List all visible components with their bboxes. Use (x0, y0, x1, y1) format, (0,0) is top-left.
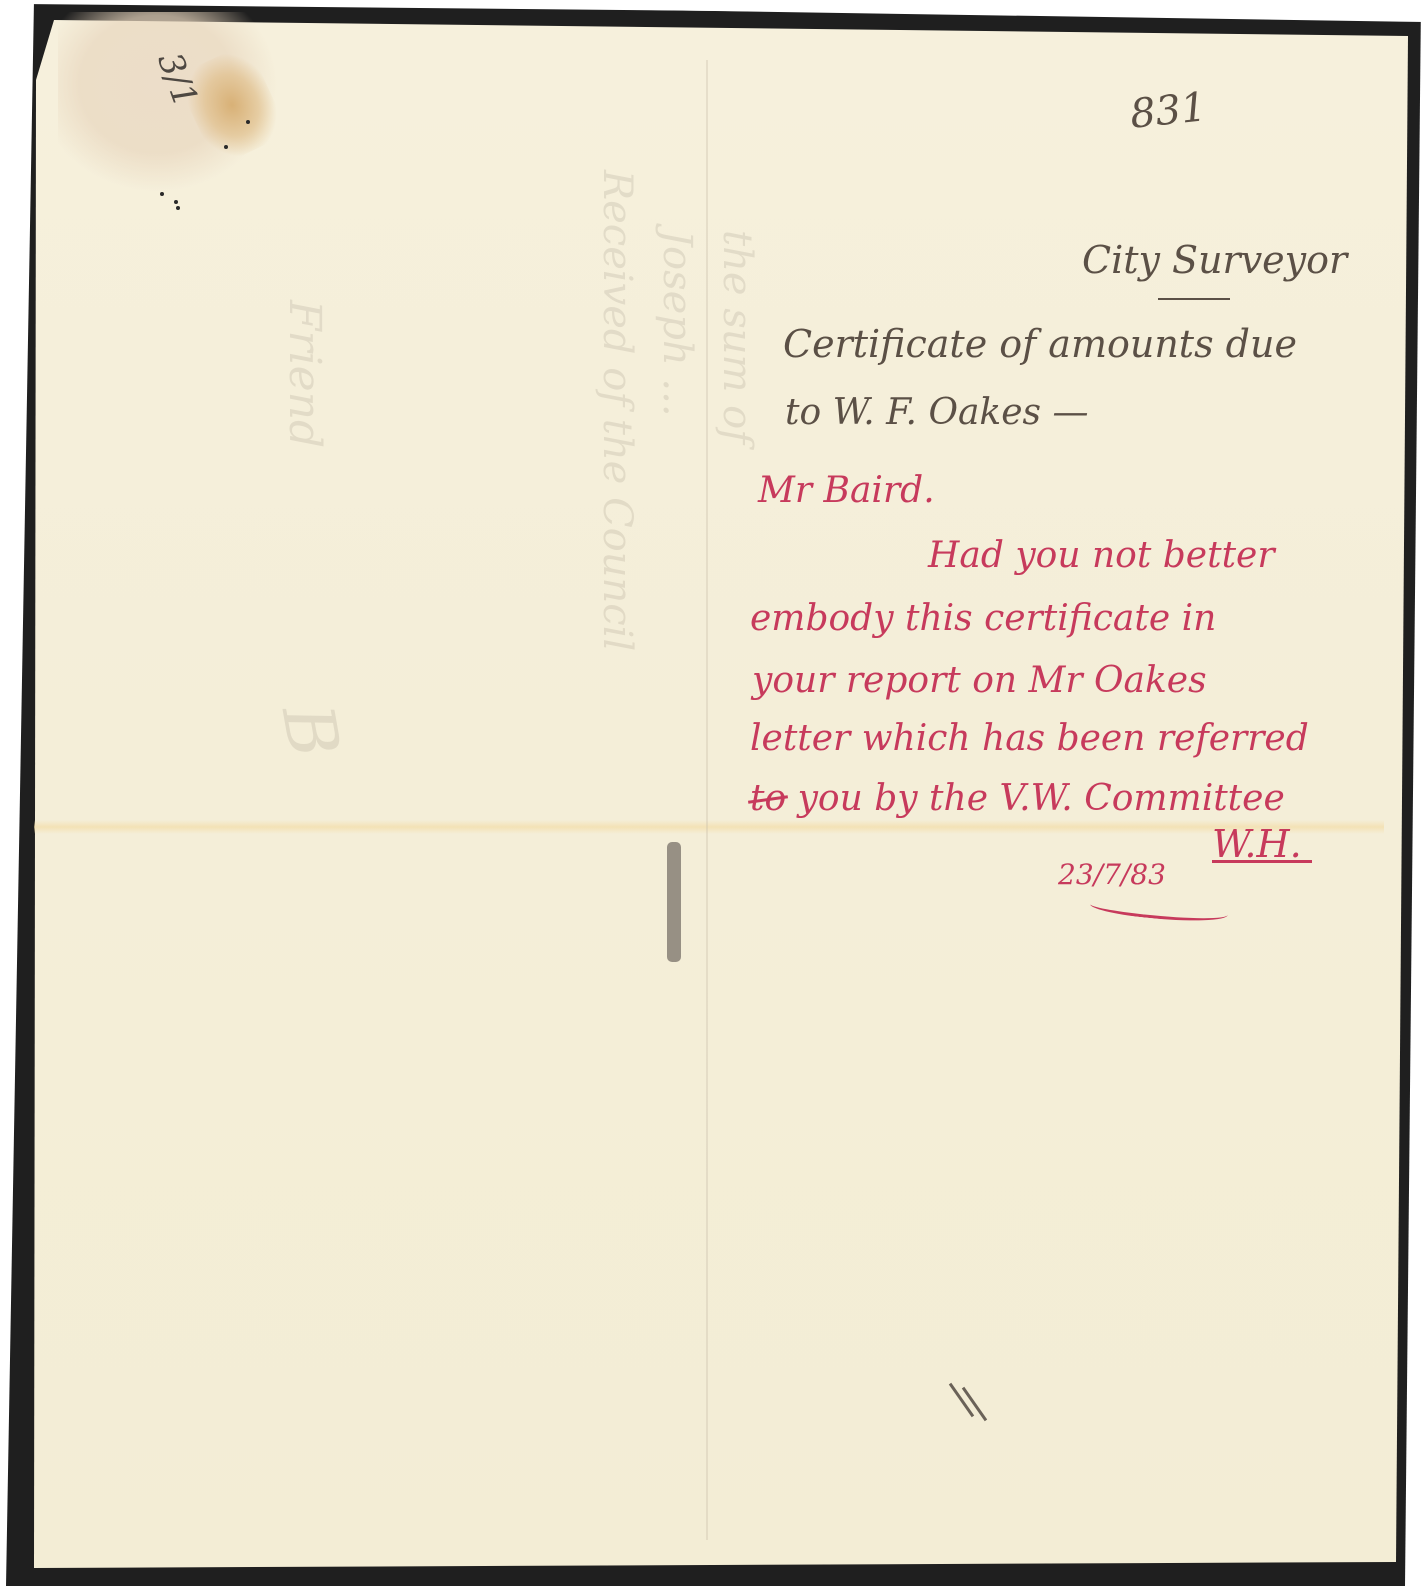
note-line: embody this certificate in (750, 598, 1216, 639)
document-title-line-2: to W. F. Oakes — (785, 392, 1088, 433)
note-line: letter which has been referred (750, 718, 1309, 759)
vertical-fold (706, 60, 708, 1540)
bleed-through-text: Joseph ... (654, 230, 700, 417)
salutation: Mr Baird. (758, 470, 935, 511)
note-line: Had you not better (928, 535, 1275, 576)
signature-underline (1212, 860, 1312, 863)
catalog-number: 831 (1128, 84, 1209, 138)
note-date: 23/7/83 (1058, 858, 1166, 891)
bleed-through-text: the sum of (714, 230, 760, 444)
ink-speck (160, 192, 164, 196)
horizontal-fold (34, 820, 1384, 834)
bleed-through-text: Received of the Council (594, 170, 640, 651)
document-title-line-1: Certificate of amounts due (783, 322, 1297, 366)
pencil-mark (667, 842, 681, 962)
note-line: your report on Mr Oakes (752, 660, 1207, 701)
ink-speck (246, 120, 250, 124)
heading-underline (1158, 298, 1230, 300)
ink-speck (176, 206, 180, 210)
ink-speck (174, 200, 178, 204)
bleed-through-text: Friend (279, 300, 330, 448)
ink-speck (224, 145, 228, 149)
note-line: to you by the V.W. Committee (750, 778, 1285, 819)
department-heading: City Surveyor (1082, 238, 1347, 282)
